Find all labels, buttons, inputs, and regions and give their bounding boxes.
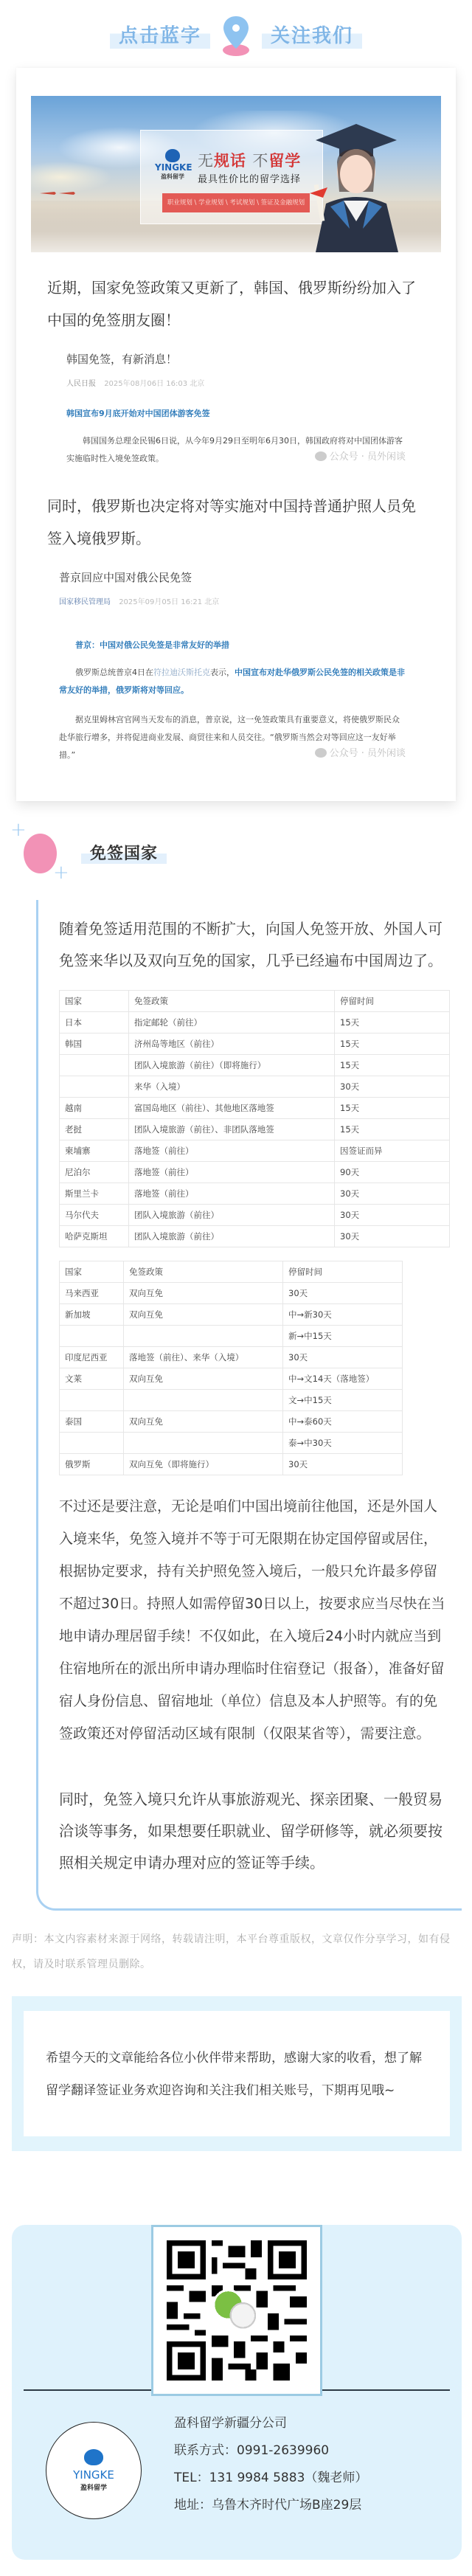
table-row: 文→中15天 — [60, 1390, 403, 1411]
table-cell: 双向互免 — [124, 1368, 283, 1390]
table-header-row: 国家免签政策停留时间 — [60, 1261, 403, 1283]
table-cell: 30天 — [283, 1283, 403, 1304]
quote-location: 北京 — [190, 380, 204, 388]
table-cell: 落地签（前往） — [129, 1183, 335, 1205]
table-cell: 因签证而异 — [335, 1140, 450, 1162]
table-cell — [60, 1390, 124, 1411]
airplane-icon — [40, 190, 77, 196]
plus-decoration-icon: + — [10, 820, 27, 839]
table-cell: 30天 — [283, 1454, 403, 1475]
table-row: 团队入境旅游（前往）（即将施行）15天 — [60, 1055, 450, 1076]
table-cell: 团队入境旅游（前往） — [129, 1205, 335, 1226]
table-cell: 新加坡 — [60, 1304, 124, 1326]
watermark: 公众号 · 员外闲谈 — [315, 745, 406, 763]
wechat-icon — [315, 748, 327, 758]
news-quote-korea: 韩国免签，有新消息！ 人民日报 2025年08月06日 16:03 北京 韩国宣… — [31, 351, 441, 468]
news-quote-russia: 普京回应中国对俄公民免签 国家移民管理局 2025年09月05日 16:21 北… — [31, 569, 441, 764]
table-cell: 中→泰60天 — [283, 1411, 403, 1433]
table-cell: 印度尼西亚 — [60, 1347, 124, 1368]
graduate-photo — [301, 111, 412, 252]
table-cell: 来华（入境） — [129, 1076, 335, 1098]
notice-paragraph-1: 不过还是要注意，无论是咱们中国出境前往他国，还是外国人入境来华，免签入境并不等于… — [59, 1490, 450, 1750]
table-cell: 落地签（前往）、来华（入境） — [124, 1347, 283, 1368]
table-cell: 30天 — [335, 1205, 450, 1226]
table-cell: 30天 — [283, 1347, 403, 1368]
table-row: 马尔代夫团队入境旅游（前往）30天 — [60, 1205, 450, 1226]
click-blue-text: 点击蓝字 — [110, 24, 210, 49]
table-row: 尼泊尔落地签（前往）90天 — [60, 1162, 450, 1183]
yingke-round-logo: YINGKE 盈科留学 — [46, 2422, 142, 2519]
table-cell: 马来西亚 — [60, 1283, 124, 1304]
hero-banner: YINGKE 盈科留学 无规话 不留学 最具性价比的留学选择 职业规划 \ 学业… — [31, 96, 441, 252]
table-row: 马来西亚双向互免30天 — [60, 1283, 403, 1304]
article-page: 点击蓝字 关注我们 YINGKE 盈科留学 无规话 — [0, 0, 472, 2560]
quote-subtitle: 普京：中国对俄公民免签是非常友好的举措 — [59, 639, 406, 651]
table-row: 新→中15天 — [60, 1326, 403, 1347]
footer: 盈科留学|无规划 不留学 YINGKE 盈科留学 盈科留学新疆分公司 联系方式：… — [0, 2225, 472, 2560]
table-header-cell: 停留时间 — [283, 1261, 403, 1283]
table-header-cell: 国家 — [60, 1261, 124, 1283]
yingke-logo-icon — [165, 149, 180, 162]
table-cell: 落地签（前往） — [129, 1162, 335, 1183]
table-cell: 越南 — [60, 1098, 129, 1119]
quote-body-2: 据克里姆林宫官网当天发布的消息，普京说，这一免签政策具有重要意义，将使俄罗斯民众… — [59, 711, 406, 764]
table-cell: 济州岛等地区（前往） — [129, 1033, 335, 1055]
table-cell: 柬埔寨 — [60, 1140, 129, 1162]
copyright-disclaimer: 声明：本文内容素材来源于网络，转载请注明，本平台尊重版权，文章仅作分享学习，如有… — [12, 1927, 460, 1977]
table-cell: 韩国 — [60, 1033, 129, 1055]
quote-meta: 国家移民管理局 2025年09月05日 16:21 北京 — [59, 595, 406, 606]
wechat-qr-code[interactable] — [151, 2225, 322, 2396]
table-row: 哈萨克斯坦团队入境旅游（前往）30天 — [60, 1226, 450, 1247]
table-cell: 90天 — [335, 1162, 450, 1183]
table-cell — [60, 1055, 129, 1076]
table-cell: 15天 — [335, 1098, 450, 1119]
table-row: 老挝团队入境旅游（前往）、非团队落地签15天 — [60, 1119, 450, 1140]
table-cell: 文莱 — [60, 1368, 124, 1390]
table-cell: 团队入境旅游（前往）（即将施行） — [129, 1055, 335, 1076]
table-header-row: 国家免签政策停留时间 — [60, 991, 450, 1012]
quote-datetime: 2025年08月06日 16:03 — [104, 380, 187, 388]
table-cell — [124, 1433, 283, 1454]
section-title: 免签国家 — [81, 841, 167, 864]
lead-paragraph-2: 同时，俄罗斯也决定将对等实施对中国持普通护照人员免签入境俄罗斯。 — [31, 490, 441, 555]
table-row: 俄罗斯双向互免（即将施行）30天 — [60, 1454, 403, 1475]
quote-location: 北京 — [204, 598, 219, 606]
table-cell: 双向互免 — [124, 1283, 283, 1304]
table-cell: 双向互免（即将施行） — [124, 1454, 283, 1475]
table-cell: 15天 — [335, 1012, 450, 1033]
table-row: 柬埔寨落地签（前往）因签证而异 — [60, 1140, 450, 1162]
table-header-cell: 停留时间 — [335, 991, 450, 1012]
contact-info: YINGKE 盈科留学 盈科留学新疆分公司 联系方式：0991-2639960 … — [24, 2410, 450, 2519]
table-cell: 30天 — [335, 1076, 450, 1098]
table-cell: 文→中15天 — [283, 1390, 403, 1411]
table-row: 来华（入境）30天 — [60, 1076, 450, 1098]
quote-meta: 人民日报 2025年08月06日 16:03 北京 — [66, 377, 406, 388]
table-cell: 团队入境旅游（前往） — [129, 1226, 335, 1247]
table-cell — [124, 1390, 283, 1411]
follow-us-text: 关注我们 — [262, 24, 362, 49]
table-row: 文莱双向互免中→文14天（落地签） — [60, 1368, 403, 1390]
place-link[interactable]: 符拉迪沃斯托克 — [153, 668, 210, 677]
closing-box: 希望今天的文章能给各位小伙伴带来帮助，感谢大家的收看，想了解留学翻译签证业务欢迎… — [12, 1996, 462, 2151]
table-cell: 斯里兰卡 — [60, 1183, 129, 1205]
table-cell — [124, 1326, 283, 1347]
table-cell: 中→新30天 — [283, 1304, 403, 1326]
table-cell: 俄罗斯 — [60, 1454, 124, 1475]
table-header-cell: 国家 — [60, 991, 129, 1012]
banner-services-strip: 职业规划 \ 学业规划 \ 考试规划 \ 签证及金融规划 — [162, 193, 310, 212]
phone-number[interactable]: 联系方式：0991-2639960 — [174, 2437, 367, 2465]
mobile-number[interactable]: TEL：131 9984 5883（魏老师） — [174, 2465, 367, 2492]
quote-datetime: 2025年09月05日 16:21 — [119, 598, 202, 606]
table-cell: 30天 — [335, 1226, 450, 1247]
table-cell: 泰国 — [60, 1411, 124, 1433]
table-cell: 团队入境旅游（前往）、非团队落地签 — [129, 1119, 335, 1140]
table-cell: 双向互免 — [124, 1304, 283, 1326]
table-cell: 15天 — [335, 1119, 450, 1140]
table-row: 日本指定邮轮（前往）15天 — [60, 1012, 450, 1033]
table-row: 新加坡双向互免中→新30天 — [60, 1304, 403, 1326]
banner-subtitle: 最具性价比的留学选择 — [198, 171, 301, 185]
table-cell: 老挝 — [60, 1119, 129, 1140]
table-cell: 尼泊尔 — [60, 1162, 129, 1183]
quote-body: 韩国国务总理金民锡6日说，从今年9月29日至明年6月30日，韩国政府将对中国团体… — [66, 432, 406, 468]
wechat-icon — [315, 451, 327, 461]
lead-paragraph-1: 近期，国家免签政策又更新了，韩国、俄罗斯纷纷加入了中国的免签朋友圈！ — [31, 271, 441, 336]
table-cell: 新→中15天 — [283, 1326, 403, 1347]
quote-subtitle: 韩国宣布9月底开始对中国团体游客免签 — [66, 407, 406, 419]
qr-code-icon — [167, 2240, 307, 2381]
table-cell: 中→文14天（落地签） — [283, 1368, 403, 1390]
notice-paragraph-2: 同时，免签入境只允许从事旅游观光、探亲团聚、一般贸易洽谈等事务，如果想要任职就业… — [59, 1784, 450, 1879]
table-row: 韩国济州岛等地区（前往）15天 — [60, 1033, 450, 1055]
table-cell — [60, 1433, 124, 1454]
pink-circle-decoration — [24, 834, 57, 873]
table-cell — [60, 1076, 129, 1098]
table-header-cell: 免签政策 — [129, 991, 335, 1012]
quote-source: 国家移民管理局 — [59, 598, 111, 606]
table-cell: 落地签（前往） — [129, 1140, 335, 1162]
table-cell: 15天 — [335, 1055, 450, 1076]
section-intro: 随着免签适用范围的不断扩大，向国人免签开放、外国人可免签来华以及双向互免的国家，… — [59, 913, 450, 977]
closing-message: 希望今天的文章能给各位小伙伴带来帮助，感谢大家的收看，想了解留学翻译签证业务欢迎… — [24, 2011, 450, 2136]
article-card: YINGKE 盈科留学 无规话 不留学 最具性价比的留学选择 职业规划 \ 学业… — [16, 68, 456, 801]
table-row: 印度尼西亚落地签（前往）、来华（入境）30天 — [60, 1347, 403, 1368]
company-name: 盈科留学新疆分公司 — [174, 2410, 367, 2437]
follow-header[interactable]: 点击蓝字 关注我们 — [0, 0, 472, 68]
table-cell: 15天 — [335, 1033, 450, 1055]
visa-table-outbound: 国家免签政策停留时间日本指定邮轮（前往）15天韩国济州岛等地区（前往）15天团队… — [59, 990, 450, 1247]
section-heading: + + 免签国家 — [0, 819, 472, 900]
address: 地址：乌鲁木齐时代广场B座29层 — [174, 2492, 367, 2519]
plus-decoration-icon: + — [53, 863, 69, 882]
yingke-logo-icon — [84, 2449, 103, 2465]
table-row: 泰国双向互免中→泰60天 — [60, 1411, 403, 1433]
yingke-logo: YINGKE 盈科留学 — [155, 149, 190, 181]
table-cell: 30天 — [335, 1183, 450, 1205]
table-cell: 泰→中30天 — [283, 1433, 403, 1454]
table-cell: 富国岛地区（前往）、其他地区落地签 — [129, 1098, 335, 1119]
quote-source: 人民日报 — [66, 380, 96, 388]
table-cell: 马尔代夫 — [60, 1205, 129, 1226]
table-cell: 哈萨克斯坦 — [60, 1226, 129, 1247]
visa-table-mutual: 国家免签政策停留时间马来西亚双向互免30天新加坡双向互免中→新30天新→中15天… — [59, 1261, 403, 1475]
section-body: 随着免签适用范围的不断扩大，向国人免签开放、外国人可免签来华以及双向互免的国家，… — [36, 900, 462, 1911]
banner-slogan: 无规话 不留学 — [198, 149, 301, 171]
table-cell: 双向互免 — [124, 1411, 283, 1433]
table-row: 越南富国岛地区（前往）、其他地区落地签15天 — [60, 1098, 450, 1119]
watermark: 公众号 · 员外闲谈 — [315, 449, 406, 466]
location-pin-icon — [221, 15, 251, 58]
table-cell — [60, 1326, 124, 1347]
quote-title: 普京回应中国对俄公民免签 — [59, 569, 406, 585]
table-cell: 指定邮轮（前往） — [129, 1012, 335, 1033]
table-cell: 日本 — [60, 1012, 129, 1033]
contact-lines: 盈科留学新疆分公司 联系方式：0991-2639960 TEL：131 9984… — [174, 2410, 367, 2519]
quote-title: 韩国免签，有新消息！ — [66, 351, 406, 367]
table-row: 泰→中30天 — [60, 1433, 403, 1454]
quote-body-1: 俄罗斯总统普京4日在符拉迪沃斯托克表示，中国宣布对赴华俄罗斯公民免签的相关政策是… — [59, 664, 406, 699]
table-row: 斯里兰卡落地签（前往）30天 — [60, 1183, 450, 1205]
table-header-cell: 免签政策 — [124, 1261, 283, 1283]
